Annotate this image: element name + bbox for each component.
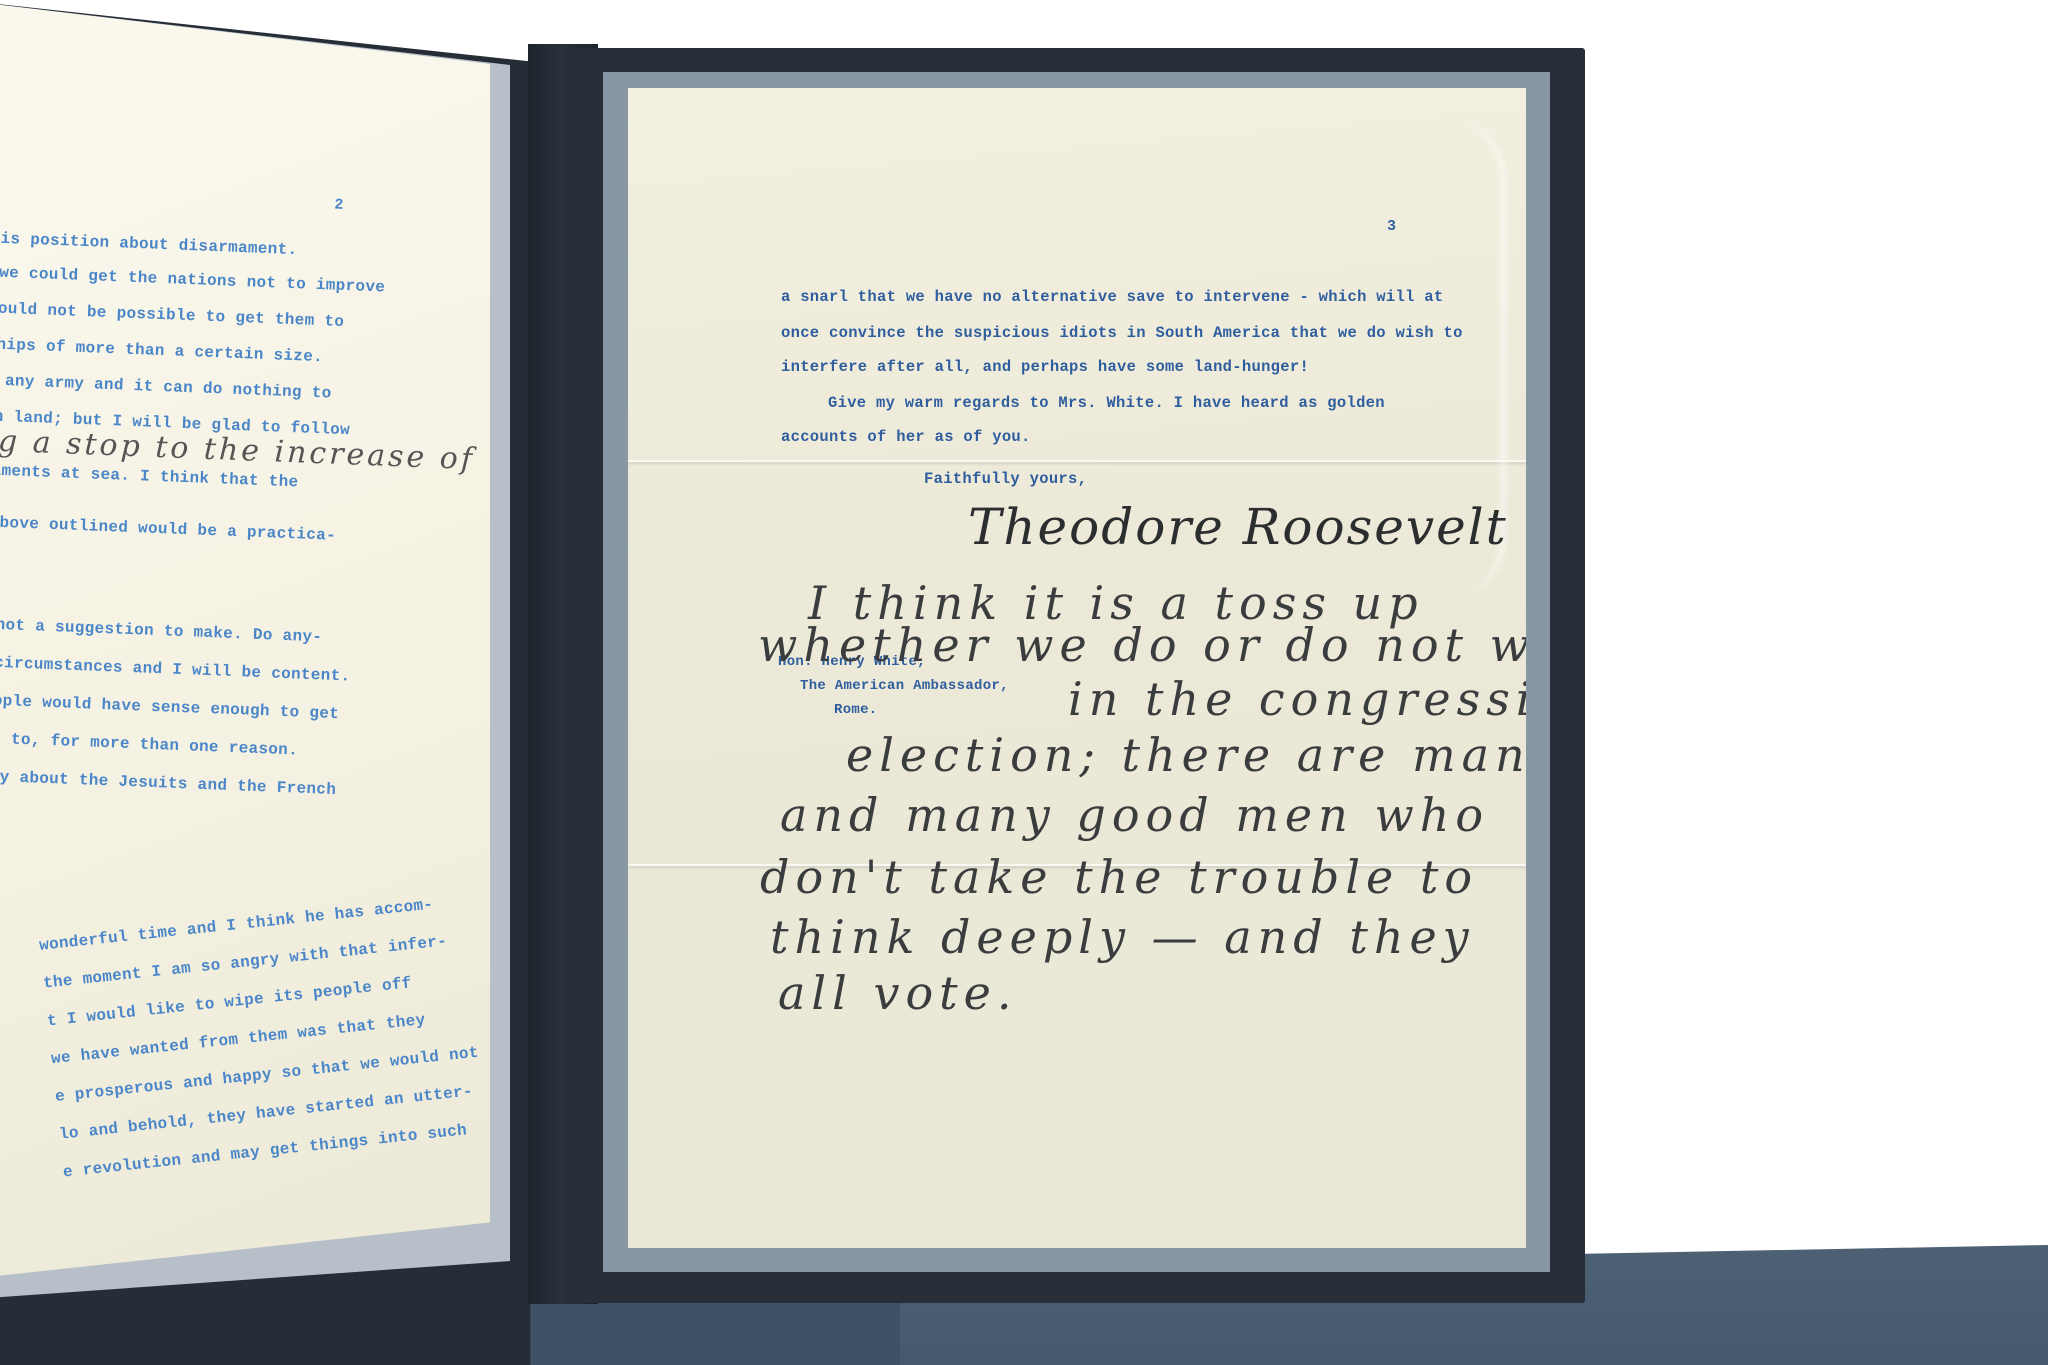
- typed-line: once convince the suspicious idiots in S…: [781, 324, 1463, 342]
- postscript-line: think deeply — and they: [770, 910, 1475, 964]
- closing: Faithfully yours,: [924, 470, 1087, 488]
- typed-line: Give my warm regards to Mrs. White. I ha…: [828, 394, 1385, 412]
- page-number: 3: [1387, 218, 1396, 235]
- photo-scene: 2 h his position about disarmament. if w…: [0, 0, 2048, 1365]
- typed-line: interfere after all, and perhaps have so…: [781, 358, 1309, 376]
- postscript-line: election; there are many fools,: [846, 728, 1526, 782]
- addressee-line: Rome.: [834, 702, 878, 718]
- postscript-line: and many good men who: [780, 788, 1489, 842]
- postscript-line: in the congressional: [1068, 672, 1526, 726]
- letter-page-2: 2 h his position about disarmament. if w…: [0, 0, 490, 1280]
- signature: Theodore Roosevelt: [968, 498, 1508, 556]
- postscript-line: whether we do or do not win: [758, 618, 1526, 672]
- addressee-line: The American Ambassador,: [800, 678, 1009, 694]
- page-2-text-lower: wonderful time and I think he has accom-…: [0, 4, 490, 1280]
- letter-page-3: 3 a snarl that we have no alternative sa…: [628, 88, 1526, 1248]
- typed-line: accounts of her as of you.: [781, 428, 1031, 446]
- postscript-line: don't take the trouble to: [760, 850, 1478, 904]
- postscript-line: all vote.: [778, 966, 1017, 1020]
- typed-line: a snarl that we have no alternative save…: [781, 288, 1444, 306]
